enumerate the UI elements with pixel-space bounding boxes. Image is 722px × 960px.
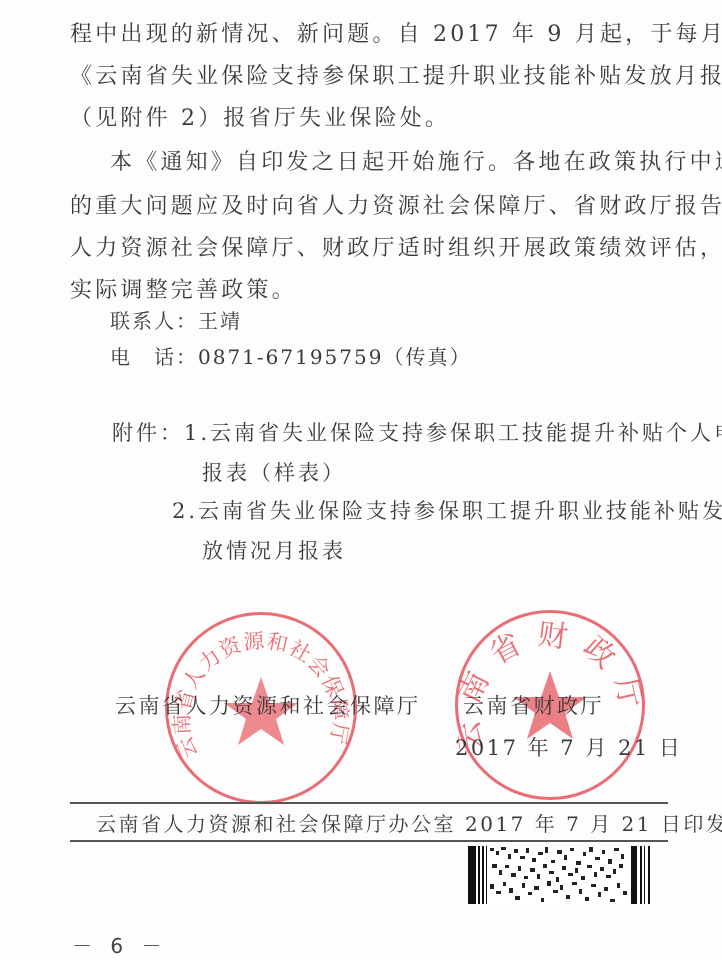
body-line: （见附件 2）报省厅失业保险处。 [70,104,670,134]
footer-issue-date: 2017 年 7 月 21 日印发 [465,808,722,837]
attachment-number: 1. [184,421,210,445]
contact-person: 联系人：王靖 [110,306,710,336]
attachment-item-1: 附件：1.云南省失业保险支持参保职工技能提升补贴个人申 [112,418,712,448]
body-line: 的重大问题应及时向省人力资源社会保障厅、省财政厅报告。省 [70,192,670,222]
footer-top-rule [70,802,668,804]
attachment-number: 2. [172,499,198,523]
document-barcode [468,846,652,904]
contact-phone: 电 话：0871-67195759（传真） [110,342,710,372]
attachment-title: 云南省失业保险支持参保职工技能提升补贴个人申 [210,421,722,445]
footer-bottom-rule [70,840,668,842]
body-line: 实际调整完善政策。 [70,276,670,306]
signature-org-finance: 云南省财政厅 [463,690,604,720]
body-line: 本《通知》自印发之日起开始施行。各地在政策执行中遇到 [110,148,670,178]
barcode-icon [468,846,652,904]
attachment-title-cont: 放情况月报表 [202,536,722,566]
attachments-label: 附件： [112,421,184,445]
contact-person-label: 联系人： [110,309,198,333]
body-line: 人力资源社会保障厅、财政厅适时组织开展政策绩效评估，根据 [70,234,670,264]
contact-person-name: 王靖 [198,309,242,333]
signature-org-hrss: 云南省人力资源和社会保障厅 [115,690,421,720]
signature-date: 2017 年 7 月 21 日 [455,732,682,762]
page-number: － 6 － [72,930,167,959]
attachment-item-2: 2.云南省失业保险支持参保职工提升职业技能补贴发 [172,496,722,526]
contact-phone-label: 电 话： [110,345,198,369]
footer-issuer: 云南省人力资源和社会保障厅办公室 [96,808,456,837]
attachment-title-cont: 报表（样表） [202,458,722,488]
body-line: 程中出现的新情况、新问题。自 2017 年 9 月起，于每月月底前将 [70,20,670,50]
contact-phone-value: 0871-67195759（传真） [198,345,471,369]
attachment-title: 云南省失业保险支持参保职工提升职业技能补贴发 [198,499,722,523]
body-line: 《云南省失业保险支持参保职工提升职业技能补贴发放月报表》 [70,62,670,92]
